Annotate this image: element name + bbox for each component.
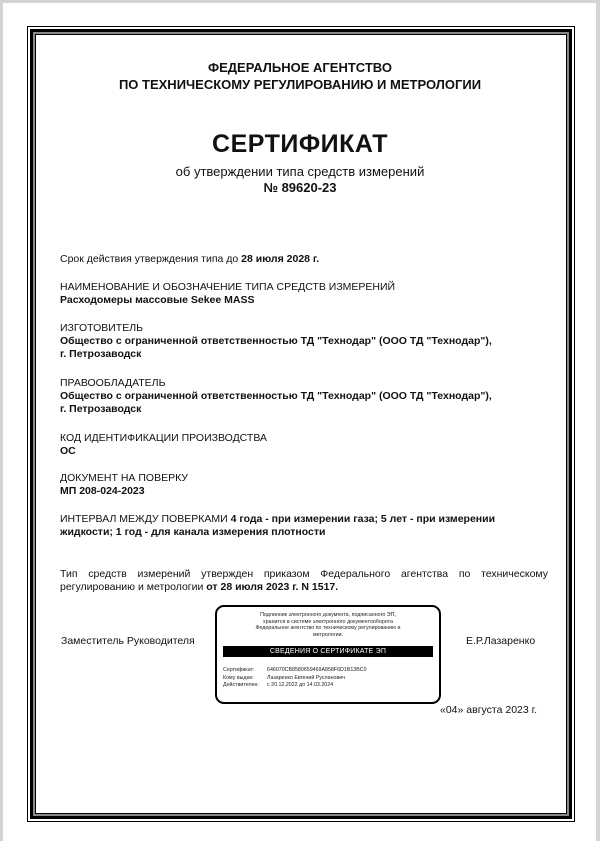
section-verification-document: ДОКУМЕНТ НА ПОВЕРКУ МП 208-024-2023 — [60, 472, 548, 498]
stamp-info: Сертификат:646070CB8580659469A858F6D1B13… — [223, 667, 435, 690]
validity-line: Срок действия утверждения типа до 28 июл… — [60, 253, 548, 266]
certificate-title: СЕРТИФИКАТ — [0, 130, 600, 159]
section-value: Общество с ограниченной ответственностью… — [60, 335, 548, 348]
agency-line-2: ПО ТЕХНИЧЕСКОМУ РЕГУЛИРОВАНИЮ И МЕТРОЛОГ… — [0, 76, 600, 93]
signatory-name: Е.Р.Лазаренко — [466, 635, 535, 647]
section-value: Расходомеры массовые Sekee MASS — [60, 294, 548, 307]
section-value: МП 208-024-2023 — [60, 485, 548, 498]
stamp-header-line: метрологии. — [223, 632, 433, 639]
issue-date: «04» августа 2023 г. — [440, 704, 537, 716]
section-label: ИЗГОТОВИТЕЛЬ — [60, 322, 548, 335]
stamp-cert-value: 646070CB8580659469A858F6D1B13BC0 — [267, 667, 367, 673]
validity-value: 28 июля 2028 г. — [241, 253, 319, 265]
section-value-city: г. Петрозаводск — [60, 403, 548, 416]
section-value: ОС — [60, 445, 548, 458]
stamp-header: Подлинник электронного документа, подпис… — [223, 612, 433, 638]
agency-heading: ФЕДЕРАЛЬНОЕ АГЕНТСТВО ПО ТЕХНИЧЕСКОМУ РЕ… — [0, 59, 600, 93]
stamp-issued-label: Кому выдан: — [223, 675, 267, 683]
stamp-header-line: хранится в системе электронного документ… — [223, 619, 433, 626]
section-production-code: КОД ИДЕНТИФИКАЦИИ ПРОИЗВОДСТВА ОС — [60, 432, 548, 458]
stamp-issued-row: Кому выдан:Лазаренко Евгений Русланович — [223, 675, 435, 683]
section-manufacturer: ИЗГОТОВИТЕЛЬ Общество с ограниченной отв… — [60, 322, 548, 361]
stamp-valid-value: с 20.12.2022 до 14.03.2024 — [267, 682, 333, 688]
stamp-band: СВЕДЕНИЯ О СЕРТИФИКАТЕ ЭП — [223, 646, 433, 657]
section-value-city: г. Петрозаводск — [60, 348, 548, 361]
signatory-role: Заместитель Руководителя — [61, 635, 195, 647]
stamp-cert-label: Сертификат: — [223, 667, 267, 675]
stamp-issued-value: Лазаренко Евгений Русланович — [267, 675, 345, 681]
stamp-header-line: Подлинник электронного документа, подпис… — [223, 612, 433, 619]
section-instrument-name: НАИМЕНОВАНИЕ И ОБОЗНАЧЕНИЕ ТИПА СРЕДСТВ … — [60, 281, 548, 307]
section-label: НАИМЕНОВАНИЕ И ОБОЗНАЧЕНИЕ ТИПА СРЕДСТВ … — [60, 281, 548, 294]
stamp-valid-row: Действителен:с 20.12.2022 до 14.03.2024 — [223, 682, 435, 690]
stamp-header-line: Федеральное агентство по техническому ре… — [223, 625, 433, 632]
section-value: Общество с ограниченной ответственностью… — [60, 390, 548, 403]
stamp-cert-row: Сертификат:646070CB8580659469A858F6D1B13… — [223, 667, 435, 675]
certificate-subtitle: об утверждении типа средств измерений — [0, 163, 600, 180]
section-label: ИНТЕРВАЛ МЕЖДУ ПОВЕРКАМИ — [60, 513, 231, 525]
section-label: ПРАВООБЛАДАТЕЛЬ — [60, 377, 548, 390]
electronic-signature-stamp: Подлинник электронного документа, подпис… — [215, 605, 441, 704]
agency-line-1: ФЕДЕРАЛЬНОЕ АГЕНТСТВО — [0, 59, 600, 76]
validity-label: Срок действия утверждения типа до — [60, 253, 241, 265]
section-verification-interval: ИНТЕРВАЛ МЕЖДУ ПОВЕРКАМИ 4 года - при из… — [60, 513, 548, 539]
order-value: от 28 июля 2023 г. N 1517. — [206, 581, 338, 593]
section-label: ДОКУМЕНТ НА ПОВЕРКУ — [60, 472, 548, 485]
section-label: КОД ИДЕНТИФИКАЦИИ ПРОИЗВОДСТВА — [60, 432, 548, 445]
section-rights-holder: ПРАВООБЛАДАТЕЛЬ Общество с ограниченной … — [60, 377, 548, 416]
approval-order: Тип средств измерений утвержден приказом… — [60, 568, 548, 594]
certificate-number: № 89620-23 — [0, 180, 600, 195]
stamp-valid-label: Действителен: — [223, 682, 267, 690]
